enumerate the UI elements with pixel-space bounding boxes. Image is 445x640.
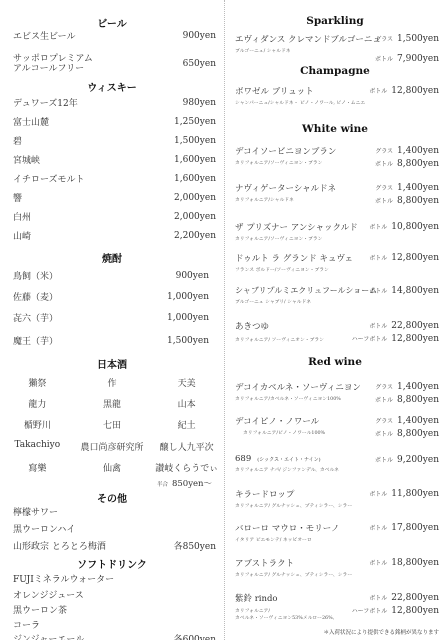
menu-item: ジンジャーエール各600yen [13, 632, 216, 640]
price-label: グラス [375, 384, 393, 391]
menu-item: イチローズモルト1,600yen [13, 172, 216, 185]
price-value: 8,800yen [397, 196, 439, 206]
price-value: 7,900yen [397, 54, 439, 64]
wine-prices: ボトル12,800yen [369, 252, 439, 265]
item-price: 1,500yen [167, 336, 209, 346]
price-label: ボトル [369, 595, 387, 602]
menu-item: 㐂六（芋）1,000yen [13, 311, 209, 324]
price-label: グラス [375, 148, 393, 155]
sake-name: 作 [75, 376, 150, 389]
item-name: ジンジャーエール [13, 632, 84, 640]
wine-region: カリフォルニア/ソーヴィニヨン・ブラン [235, 235, 439, 242]
sake-name: 讃岐くらうでぃ [149, 461, 224, 474]
wine-prices: ボトル22,800yen ハーフボトル12,800yen [352, 320, 439, 346]
wine-prices: グラス1,400yen ボトル8,800yen [375, 145, 439, 171]
wine-name: 689 [235, 454, 251, 464]
section-title-champagne: Champagne [225, 65, 445, 77]
wine-item: キラードロップ カリフォルニア/ グルナッシュ、プティシラー、シラー ボトル11… [235, 488, 439, 509]
price-label: ハーフボトル [352, 608, 388, 615]
wine-item: バローロ マウロ・モリーノ イタリア ピエモンテ/ ネッビオーロ ボトル17,8… [235, 522, 439, 543]
sake-name: 紀土 [149, 418, 224, 431]
sake-name: 醸し人九平次 [149, 440, 224, 453]
price-label: グラス [375, 418, 393, 425]
item-name: 魔王（芋） [13, 334, 58, 347]
wine-prices: ボトル10,800yen [369, 221, 439, 234]
wine-prices: ボトル12,800yen [369, 85, 439, 98]
item-price: 1,000yen [167, 313, 209, 323]
price-label: ボトル [369, 88, 387, 95]
price-label: ボトル [369, 224, 387, 231]
price-value: 1,400yen [397, 146, 439, 156]
wine-item: デコイソービニヨンブラン カリフォルニア/ソーヴィニヨン・ブラン グラス1,40… [235, 145, 439, 166]
price-value: 11,800yen [391, 489, 439, 499]
price-value: 8,800yen [397, 159, 439, 169]
sake-row: 龍力黒龍山本 [0, 397, 224, 410]
sake-note-label: 半合 [157, 482, 168, 488]
menu-item: デュワーズ12年980yen [13, 96, 216, 109]
price-value: 1,500yen [397, 34, 439, 44]
wine-region: ブルゴーニュ シャブリ/ シャルドネ [235, 298, 439, 305]
item-price: 900yen [176, 271, 209, 281]
price-label: グラス [375, 36, 393, 43]
section-title-sake: 日本酒 [0, 356, 224, 371]
item-price: 1,500yen [174, 136, 216, 146]
wine-prices: ボトル14,800yen [369, 285, 439, 298]
item-price: 1,250yen [174, 117, 216, 127]
item-name: 檸檬サワー [13, 505, 58, 518]
price-label: ボトル [375, 56, 393, 63]
wine-item: ドゥルト ラ グランド キュヴェ フランス ボルドー/ソーヴィニヨン・ブラン ボ… [235, 252, 439, 273]
sake-name: Takachiyo [0, 440, 75, 453]
price-label: ボトル [375, 457, 393, 464]
wine-region: シャンパーニュ/シャルドネ・ ピノ・ノワール, ピノ・ムニエ [235, 99, 439, 106]
wine-item: あきつゆ カリフォルニア/ ソーヴィニオン・ブラン ボトル22,800yen ハ… [235, 320, 439, 343]
section-title-sparkling: Sparkling [225, 15, 445, 27]
menu-item: 黒ウーロン茶 [13, 603, 216, 616]
price-value: 17,800yen [391, 523, 439, 533]
sake-name: 七田 [75, 418, 150, 431]
price-label: ボトル [369, 288, 387, 295]
item-name: 碧 [13, 134, 22, 147]
wine-prices: ボトル18,800yen [369, 557, 439, 570]
item-name: 佐藤（麦） [13, 290, 58, 303]
sake-row: 楯野川七田紀土 [0, 418, 224, 431]
price-value: 1,400yen [397, 416, 439, 426]
wine-prices: ボトル17,800yen [369, 522, 439, 535]
wine-prices: ボトル11,800yen [369, 488, 439, 501]
price-value: 8,800yen [397, 429, 439, 439]
menu-item: 黒ウーロンハイ [13, 522, 216, 535]
sake-name: 寫樂 [0, 461, 75, 474]
price-value: 8,800yen [397, 395, 439, 405]
wine-item: デコイピノ・ノワール カリフォルニア/ピノ・ノワール100% グラス1,400y… [235, 415, 439, 436]
wine-prices: グラス1,400yen ボトル8,800yen [375, 415, 439, 441]
wine-item: デコイカベルネ・ソーヴィニヨン カリフォルニア/カベルネ・ソーヴィニヨン100%… [235, 381, 439, 402]
wine-name-reading: (シックス・エイト・ナイン) [257, 457, 320, 463]
wine-item: ザ プリズナー アンシャックルド カリフォルニア/ソーヴィニヨン・ブラン ボトル… [235, 221, 439, 242]
item-price: 900yen [183, 31, 216, 41]
right-column: Sparkling エヴィダンス クレマンドブルゴーニュ ブルゴーニュ/ シャル… [225, 0, 445, 640]
item-name: FUJIミネラルウォーター [13, 572, 114, 585]
section-title-shochu: 焼酎 [0, 250, 224, 265]
price-value: 1,400yen [397, 382, 439, 392]
menu-item: 富士山麓1,250yen [13, 115, 216, 128]
availability-footnote: ＊入荷状況により提供できる銘柄が異なります [323, 628, 439, 636]
item-name: デュワーズ12年 [13, 96, 78, 109]
item-name: オレンジジュース [13, 588, 84, 601]
wine-prices: グラス1,400yen ボトル8,800yen [375, 182, 439, 208]
sake-name: 山本 [149, 397, 224, 410]
price-label: グラス [375, 185, 393, 192]
menu-item: サッポロプレミアムアルコールフリー 650yen [13, 52, 216, 76]
menu-item: 響2,000yen [13, 191, 216, 204]
item-name: 山形政宗 とろとろ梅酒 [13, 539, 106, 552]
item-name: 白州 [13, 210, 31, 223]
menu-item: 佐藤（麦）1,000yen [13, 290, 209, 303]
item-name: 黒ウーロン茶 [13, 603, 67, 616]
menu-item: 檸檬サワー [13, 505, 216, 518]
item-name: コーラ [13, 618, 40, 631]
wine-region: カリフォルニア ナパ/ ジンファンデル、カベルネ [235, 466, 439, 473]
item-name: 山崎 [13, 229, 31, 242]
item-name: イチローズモルト [13, 172, 85, 185]
wine-item: エヴィダンス クレマンドブルゴーニュ ブルゴーニュ/ シャルドネ グラス1,50… [235, 33, 439, 54]
wine-item: アブストラクト カリフォルニア/ グルナッシュ、プティシラー、シラー ボトル18… [235, 557, 439, 578]
wine-prices: グラス1,400yen ボトル8,800yen [375, 381, 439, 407]
menu-item: 魔王（芋）1,500yen [13, 334, 209, 347]
price-value: 22,800yen [391, 593, 439, 603]
price-value: 12,800yen [391, 86, 439, 96]
wine-prices: グラス1,500yen ボトル7,900yen [375, 33, 439, 66]
wine-region: カリフォルニア/ グルナッシュ、プティシラー、シラー [235, 502, 439, 509]
price-value: 18,800yen [391, 558, 439, 568]
menu-item: エビス生ビール900yen [13, 29, 216, 42]
wine-prices: ボトル9,200yen [375, 454, 439, 467]
sake-row: 獺祭作天美 [0, 376, 224, 389]
menu-item: 山形政宗 とろとろ梅酒各850yen [13, 539, 216, 552]
menu-item: 山崎2,200yen [13, 229, 216, 242]
price-value: 9,200yen [397, 455, 439, 465]
item-name-line1: サッポロプレミアム [13, 54, 93, 64]
item-name: 㐂六（芋） [13, 311, 58, 324]
sake-name: 農口尚彦研究所 [75, 440, 150, 453]
price-label: ボトル [369, 525, 387, 532]
item-price: 1,000yen [167, 292, 209, 302]
section-title-white-wine: White wine [225, 123, 445, 135]
wine-region: フランス ボルドー/ソーヴィニヨン・ブラン [235, 266, 439, 273]
menu-item: 宮城峡1,600yen [13, 153, 216, 166]
item-price: 1,600yen [174, 174, 216, 184]
menu-item: 白州2,000yen [13, 210, 216, 223]
menu-item: 鳥飼（米）900yen [13, 269, 209, 282]
price-value: 14,800yen [391, 286, 439, 296]
price-label: ボトル [369, 560, 387, 567]
sake-name: 龍力 [0, 397, 75, 410]
price-label: ボトル [369, 491, 387, 498]
item-name: 富士山麓 [13, 115, 49, 128]
item-name: エビス生ビール [13, 29, 75, 42]
item-name: 鳥飼（米） [13, 269, 58, 282]
price-label: ボトル [375, 397, 393, 404]
section-title-red-wine: Red wine [225, 356, 445, 368]
sake-row: 寫樂仙禽讃岐くらうでぃ [0, 461, 224, 474]
sake-name: 黒龍 [75, 397, 150, 410]
item-price: 2,000yen [174, 212, 216, 222]
item-price: 980yen [183, 98, 216, 108]
price-label: ボトル [375, 198, 393, 205]
sake-price-note: 半合850yen〜 [157, 477, 212, 489]
menu-item: 碧1,500yen [13, 134, 216, 147]
price-value: 1,400yen [397, 183, 439, 193]
sake-name: 仙禽 [75, 461, 150, 474]
section-title-other: その他 [0, 490, 224, 505]
menu-item: FUJIミネラルウォーター [13, 572, 216, 585]
price-value: 12,800yen [391, 334, 439, 344]
section-title-soft-drinks: ソフトドリンク [0, 556, 224, 571]
wine-region: カリフォルニア/ グルナッシュ、プティシラー、シラー [235, 571, 439, 578]
wine-region: イタリア ピエモンテ/ ネッビオーロ [235, 536, 439, 543]
item-name: 響 [13, 191, 22, 204]
wine-item: シャブリプルミエクリュフールショーム ブルゴーニュ シャブリ/ シャルドネ ボト… [235, 285, 439, 305]
sake-name: 天美 [149, 376, 224, 389]
section-title-whisky: ウィスキー [0, 79, 224, 94]
sake-row: Takachiyo農口尚彦研究所醸し人九平次 [0, 440, 224, 453]
menu-item: コーラ [13, 618, 216, 631]
wine-item: 紫鈴 rindo カリフォルニア/ カベルネ・ソーヴィニヨン53%メルロー26%… [235, 592, 439, 621]
section-title-beer: ビール [0, 15, 224, 30]
item-price: 各850yen [174, 539, 216, 552]
sake-name: 楯野川 [0, 418, 75, 431]
price-label: ボトル [369, 323, 387, 330]
wine-item: ボワゼル ブリュット シャンパーニュ/シャルドネ・ ピノ・ノワール, ピノ・ムニ… [235, 85, 439, 106]
item-price: 1,600yen [174, 155, 216, 165]
left-column: ビール エビス生ビール900yen サッポロプレミアムアルコールフリー 650y… [0, 0, 224, 640]
price-value: 12,800yen [391, 253, 439, 263]
item-price: 各600yen [174, 632, 216, 640]
price-label: ボトル [369, 255, 387, 262]
item-price: 650yen [183, 59, 216, 69]
item-price: 2,200yen [174, 231, 216, 241]
price-value: 22,800yen [391, 321, 439, 331]
sake-note-price: 850yen〜 [172, 479, 212, 489]
price-value: 10,800yen [391, 222, 439, 232]
wine-item: ナヴィゲーターシャルドネ カリフォルニア/シャルドネ グラス1,400yen ボ… [235, 182, 439, 203]
price-label: ボトル [375, 431, 393, 438]
menu-item: オレンジジュース [13, 588, 216, 601]
price-value: 12,800yen [391, 606, 439, 616]
item-name: サッポロプレミアムアルコールフリー [13, 54, 93, 74]
item-name: 宮城峡 [13, 153, 40, 166]
sake-name: 獺祭 [0, 376, 75, 389]
price-label: ハーフボトル [352, 336, 388, 343]
item-name-line2: アルコールフリー [13, 64, 84, 74]
wine-prices: ボトル22,800yen ハーフボトル12,800yen [352, 592, 439, 618]
item-name: 黒ウーロンハイ [13, 522, 75, 535]
price-label: ボトル [375, 161, 393, 168]
wine-item: 689(シックス・エイト・ナイン) カリフォルニア ナパ/ ジンファンデル、カベ… [235, 454, 439, 473]
item-price: 2,000yen [174, 193, 216, 203]
